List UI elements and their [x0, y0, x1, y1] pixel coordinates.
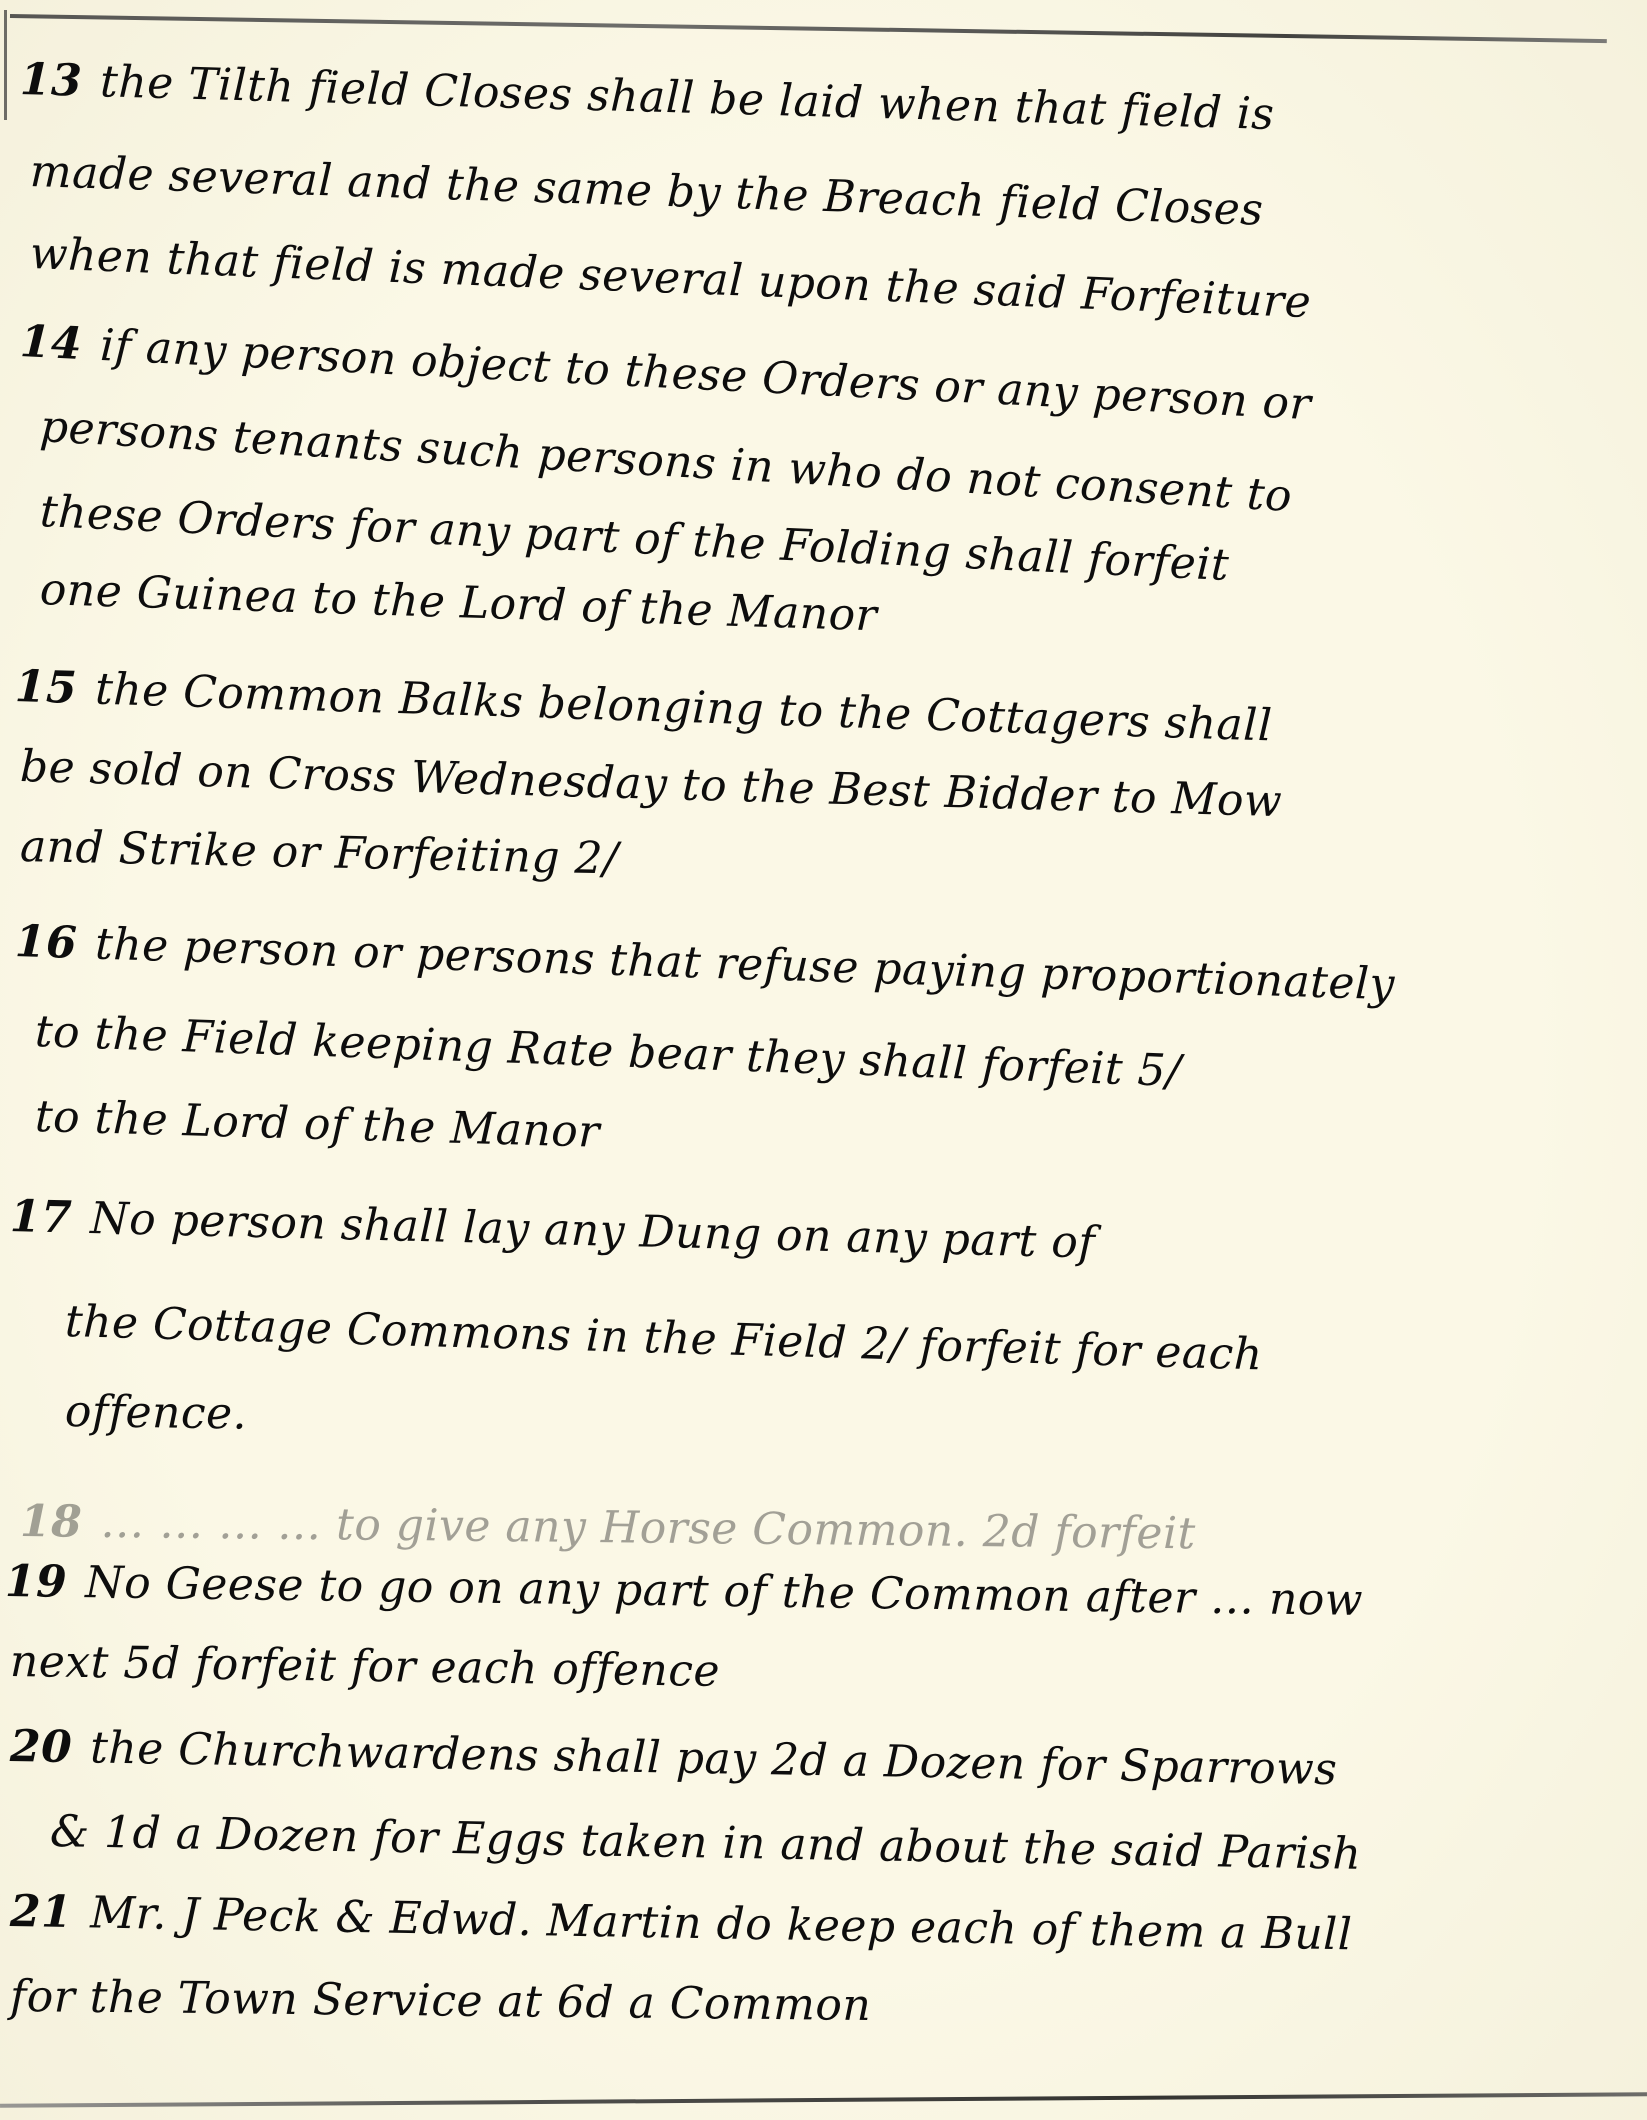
entry-20-line-2: & 1d a Dozen for Eggs taken in and about…: [50, 1810, 1362, 1877]
entry-text: the Cottage Commons in the Field 2/ forf…: [64, 1296, 1263, 1380]
entry-16-line-1: 16the person or persons that refuse payi…: [14, 920, 1395, 1007]
entry-19-line-1: 19No Geese to go on any part of the Comm…: [5, 1560, 1364, 1623]
entry-13-line-3: when that field is made several upon the…: [29, 232, 1312, 325]
entry-text: the Churchwardens shall pay 2d a Dozen f…: [90, 1722, 1338, 1795]
entry-number: 15: [14, 661, 78, 714]
entry-text: & 1d a Dozen for Eggs taken in and about…: [50, 1806, 1362, 1880]
entry-text: one Guinea to the Lord of the Manor: [39, 564, 878, 641]
entry-16-line-2: to the Field keeping Rate bear they shal…: [34, 1010, 1182, 1094]
entry-text: to the Field keeping Rate bear they shal…: [34, 1006, 1182, 1097]
entry-text: when that field is made several upon the…: [29, 228, 1312, 328]
entries: 13the Tilth field Closes shall be laid w…: [0, 0, 1647, 2120]
entry-text: be sold on Cross Wednesday to the Best B…: [19, 741, 1283, 827]
entry-18-line-1: 18… … … … to give any Horse Common. 2d f…: [20, 1500, 1196, 1556]
entry-13-line-2: made several and the same by the Breach …: [29, 150, 1264, 233]
entry-19-line-2: next 5d forfeit for each offence: [10, 1640, 721, 1694]
entry-20-line-1: 20the Churchwardens shall pay 2d a Dozen…: [10, 1725, 1338, 1792]
entry-16-line-3: to the Lord of the Manor: [34, 1095, 600, 1155]
entry-number: 16: [14, 916, 78, 969]
entry-text: to the Lord of the Manor: [34, 1091, 600, 1158]
entry-text: … … … … to give any Horse Common. 2d for…: [100, 1497, 1196, 1559]
entry-text: Mr. J Peck & Edwd. Martin do keep each o…: [90, 1887, 1353, 1960]
entry-text: No person shall lay any Dung on any part…: [90, 1193, 1096, 1269]
entry-number: 18: [20, 1496, 83, 1548]
entry-15-line-1: 15the Common Balks belonging to the Cott…: [14, 665, 1273, 748]
entry-number: 13: [19, 54, 83, 107]
entry-21-line-1: 21Mr. J Peck & Edwd. Martin do keep each…: [10, 1890, 1353, 1957]
entry-number: 17: [9, 1191, 72, 1244]
entry-17-line-2: the Cottage Commons in the Field 2/ forf…: [64, 1300, 1263, 1377]
entry-text: No Geese to go on any part of the Common…: [85, 1557, 1363, 1626]
entry-text: the Tilth field Closes shall be laid whe…: [100, 56, 1276, 140]
entry-number: 20: [10, 1721, 73, 1773]
entry-number: 21: [10, 1886, 73, 1938]
entry-text: for the Town Service at 6d a Common: [10, 1971, 872, 2031]
entry-17-line-1: 17No person shall lay any Dung on any pa…: [9, 1195, 1095, 1266]
entry-text: the Common Balks belonging to the Cottag…: [94, 664, 1273, 752]
entry-14-line-4: one Guinea to the Lord of the Manor: [39, 568, 878, 638]
entry-text: and Strike or Forfeiting 2/: [19, 821, 618, 885]
entry-text: next 5d forfeit for each offence: [10, 1636, 721, 1697]
entry-text: made several and the same by the Breach …: [29, 146, 1264, 236]
entry-text: the person or persons that refuse paying…: [94, 919, 1395, 1011]
manuscript-page: 13the Tilth field Closes shall be laid w…: [0, 0, 1647, 2120]
entry-17-line-3: offence.: [65, 1390, 248, 1437]
entry-number: 14: [19, 316, 84, 370]
entry-number: 19: [5, 1556, 68, 1608]
entry-15-line-3: and Strike or Forfeiting 2/: [20, 825, 619, 882]
entry-21-line-2: for the Town Service at 6d a Common: [10, 1975, 872, 2028]
entry-15-line-2: be sold on Cross Wednesday to the Best B…: [19, 745, 1282, 824]
entry-13-line-1: 13the Tilth field Closes shall be laid w…: [19, 58, 1275, 137]
entry-text: offence.: [65, 1386, 248, 1440]
